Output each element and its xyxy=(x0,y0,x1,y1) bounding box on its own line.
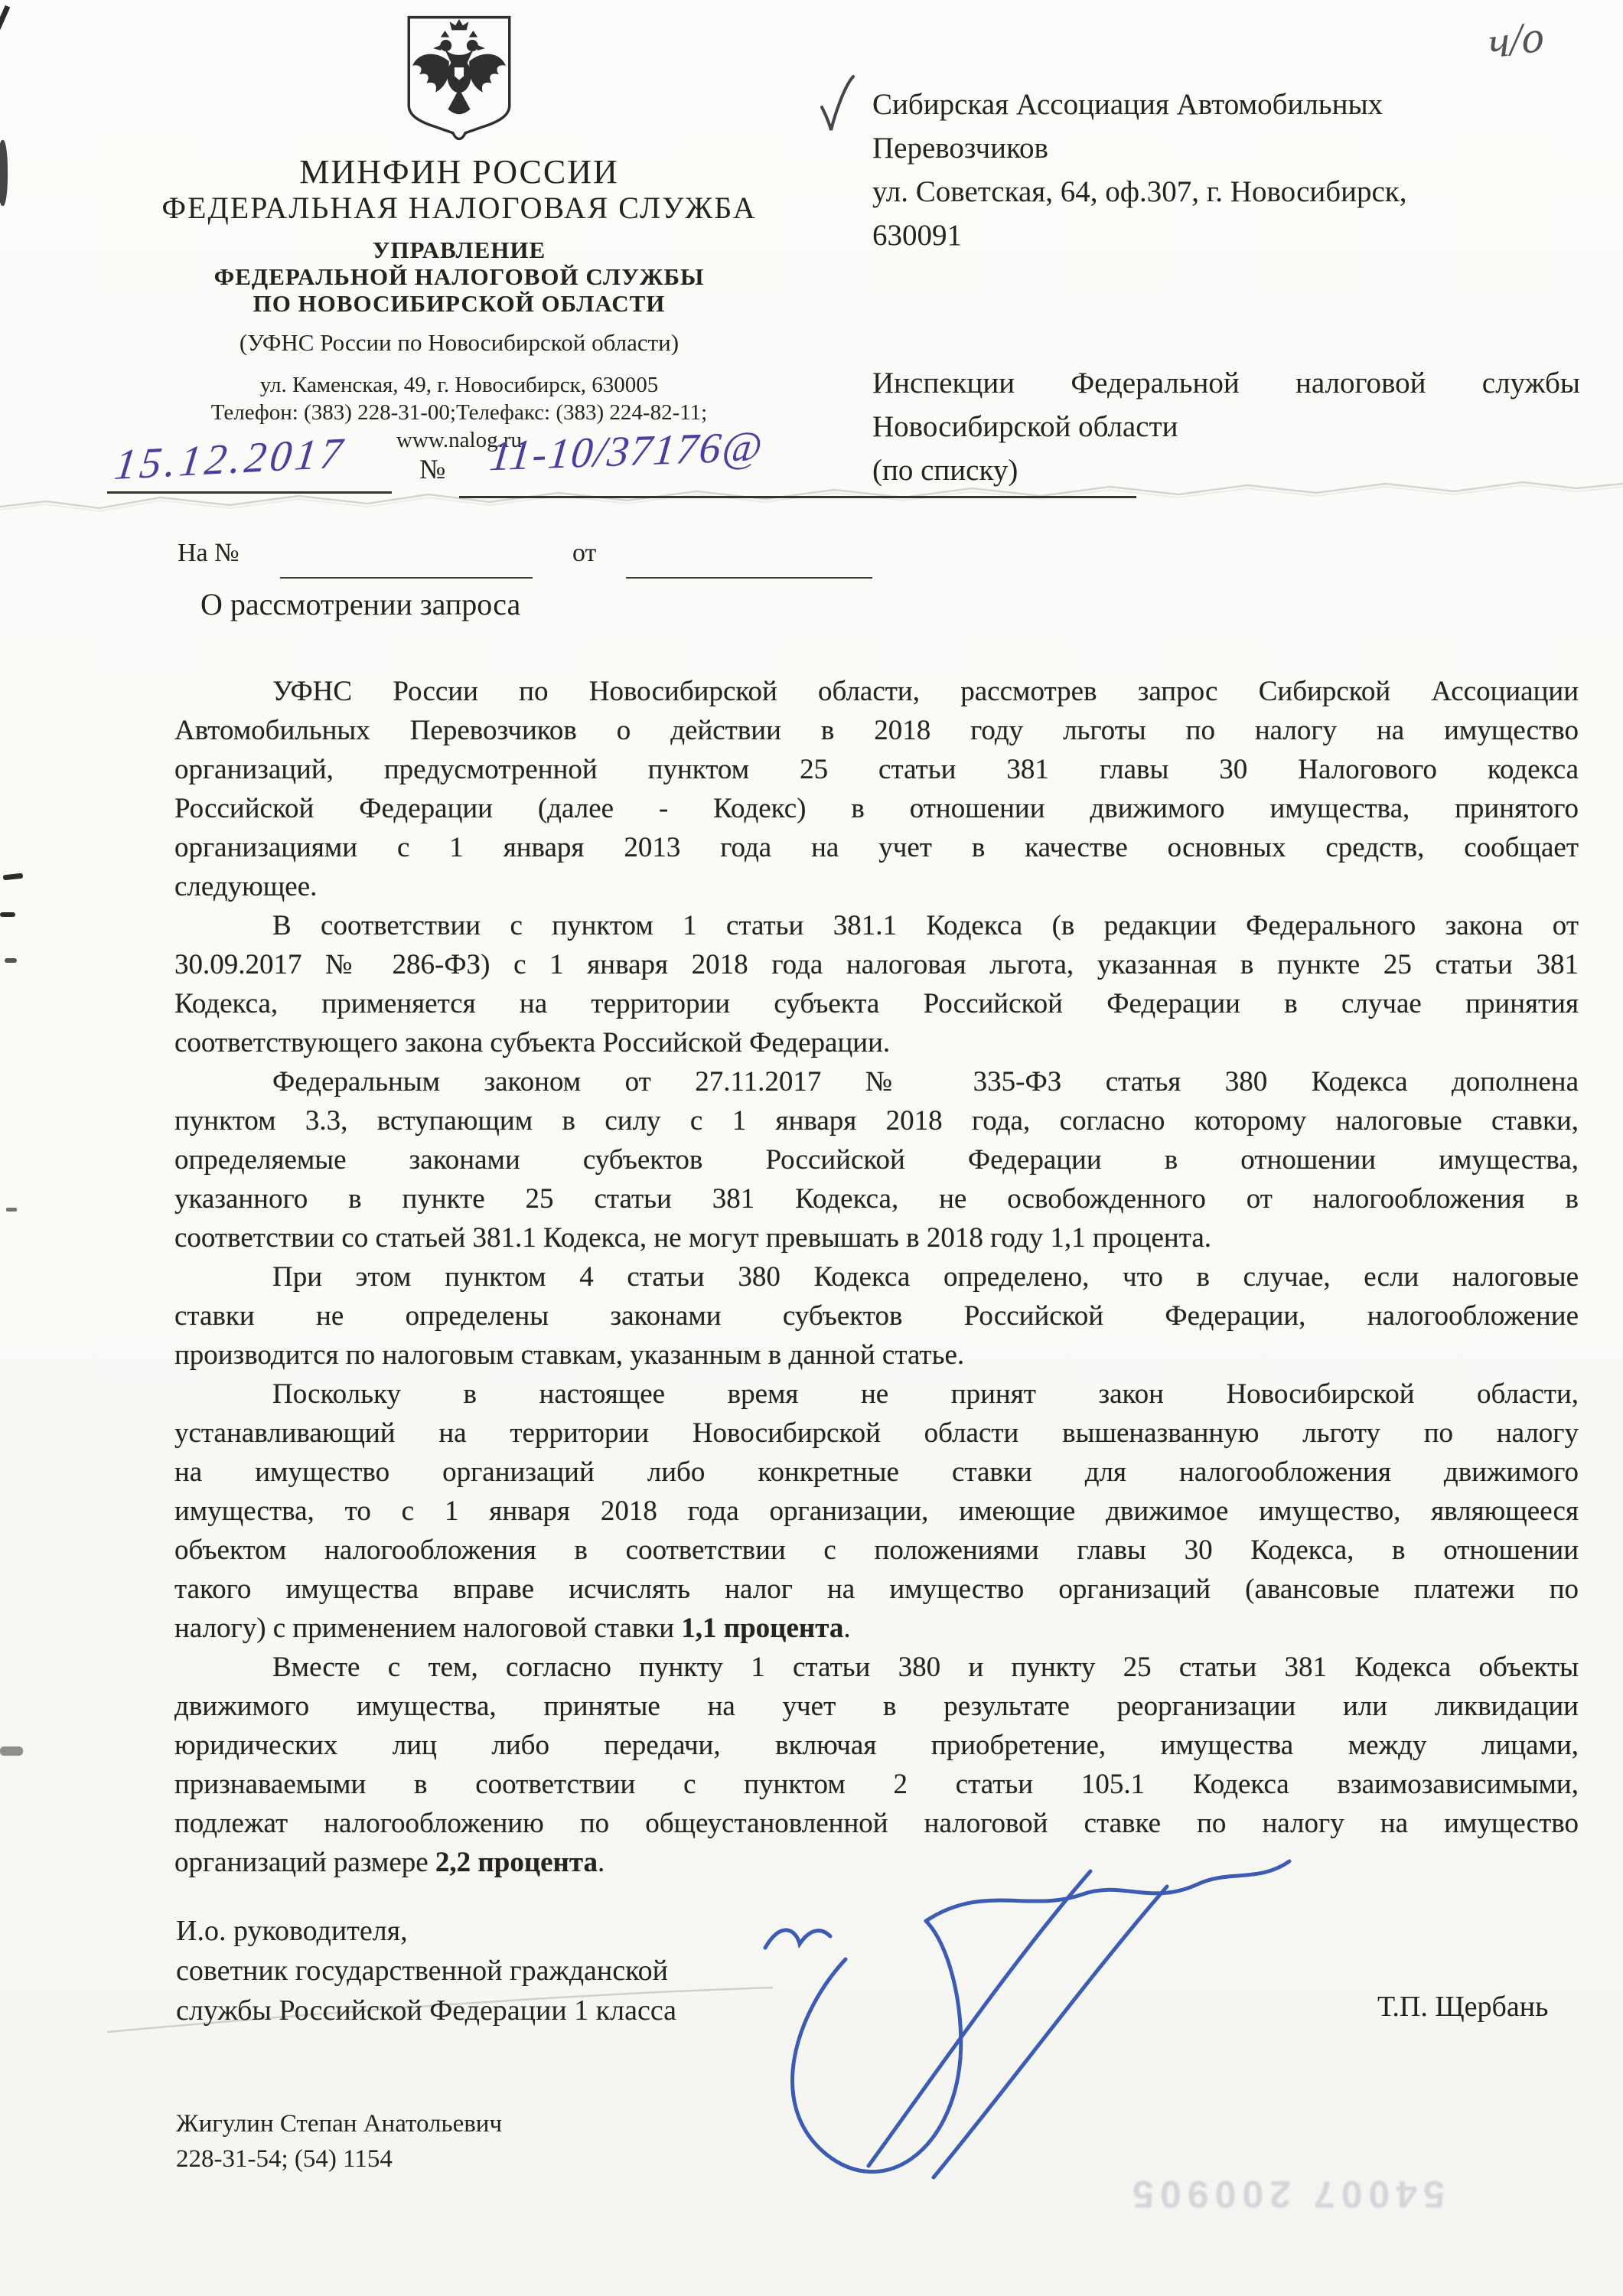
reference-number-underline xyxy=(280,577,533,579)
body-line: При этом пунктом 4 статьи 380 Кодекса оп… xyxy=(174,1257,1579,1296)
body-line: 30.09.2017 № 286-ФЗ) с 1 января 2018 год… xyxy=(174,945,1579,984)
body-line: движимого имущества, принятые на учет в … xyxy=(174,1687,1579,1726)
inspection-line: (по списку) xyxy=(872,448,1580,492)
body-line: следующее. xyxy=(174,867,1579,906)
service-name: ФЕДЕРАЛЬНАЯ НАЛОГОВАЯ СЛУЖБА xyxy=(107,191,811,226)
body-line: определяемые законами субъектов Российск… xyxy=(174,1140,1579,1179)
executor-name: Жигулин Степан Анатольевич xyxy=(176,2106,502,2141)
body-line: Кодекса, применяется на территории субъе… xyxy=(174,984,1579,1023)
body-paragraph: При этом пунктом 4 статьи 380 Кодекса оп… xyxy=(174,1257,1579,1375)
body-line: Автомобильных Перевозчиков о действии в … xyxy=(174,711,1579,750)
scan-artifact xyxy=(0,1746,23,1756)
letterhead-phones: Телефон: (383) 228-31-00;Телефакс: (383)… xyxy=(107,400,811,426)
department-line2: ФЕДЕРАЛЬНОЙ НАЛОГОВОЙ СЛУЖБЫ xyxy=(107,263,811,290)
body-line: соответствующего закона субъекта Российс… xyxy=(174,1023,1579,1062)
coat-of-arms-icon xyxy=(402,14,517,146)
date-underline xyxy=(107,491,392,494)
body-line: имущества, то с 1 января 2018 года орган… xyxy=(174,1492,1579,1531)
scanned-letter-page: ч/о МИНФИН РОССИИ ФЕДЕРАЛЬНАЯ НАЛОГОВАЯ … xyxy=(0,0,1623,2296)
subject-line: О рассмотрении запроса xyxy=(200,586,520,622)
body-line: Вместе с тем, согласно пункту 1 статьи 3… xyxy=(174,1648,1579,1687)
body-line: производится по налоговым ставкам, указа… xyxy=(174,1336,1579,1375)
signer-name: Т.П. Щербань xyxy=(1377,1990,1548,2024)
letterhead: МИНФИН РОССИИ ФЕДЕРАЛЬНАЯ НАЛОГОВАЯ СЛУЖ… xyxy=(107,14,811,453)
body-paragraph: Федеральным законом от 27.11.2017 № 335-… xyxy=(174,1062,1579,1257)
body-line: пунктом 3.3, вступающим в силу с 1 январ… xyxy=(174,1101,1579,1140)
inspection-line: Новосибирской области xyxy=(872,405,1580,448)
body-line: В соответствии с пунктом 1 статьи 381.1 … xyxy=(174,906,1579,945)
body-line: устанавливающий на территории Новосибирс… xyxy=(174,1414,1579,1453)
stamp-bleed-text: 54007 200905 xyxy=(1071,2172,1500,2216)
executor-contact: Жигулин Степан Анатольевич 228-31-54; (5… xyxy=(176,2106,502,2177)
body-line: ставки не определены законами субъектов … xyxy=(174,1296,1579,1336)
body-line: организаций, предусмотренной пунктом 25 … xyxy=(174,750,1579,789)
reference-date-underline xyxy=(626,577,872,579)
body-line: налогу) с применением налоговой ставки 1… xyxy=(174,1609,1579,1648)
body-paragraph: УФНС России по Новосибирской области, ра… xyxy=(174,672,1579,906)
body-line: Федеральным законом от 27.11.2017 № 335-… xyxy=(174,1062,1579,1101)
letterhead-address: ул. Каменская, 49, г. Новосибирск, 63000… xyxy=(107,372,811,398)
body-line: Поскольку в настоящее время не принят за… xyxy=(174,1375,1579,1414)
scan-artifact xyxy=(6,1208,17,1212)
executor-phone: 228-31-54; (54) 1154 xyxy=(176,2141,502,2177)
scan-artifact xyxy=(0,140,8,206)
body-line: объектом налогообложения в соответствии … xyxy=(174,1531,1579,1570)
handwritten-corner-note: ч/о xyxy=(1488,10,1544,69)
inspection-line: Инспекции Федеральной налоговой службы xyxy=(872,361,1580,405)
body-line: организациями с 1 января 2013 года на уч… xyxy=(174,828,1579,867)
signature-stroke xyxy=(754,1829,1305,2197)
body-paragraph: В соответствии с пунктом 1 статьи 381.1 … xyxy=(174,906,1579,1062)
signer-position: И.о. руководителя,советник государственн… xyxy=(176,1911,676,2030)
number-sign-label: № xyxy=(419,453,445,485)
reference-from-label: от xyxy=(572,539,596,568)
body-line: такого имущества вправе исчислять налог … xyxy=(174,1570,1579,1609)
body-line: УФНС России по Новосибирской области, ра… xyxy=(174,672,1579,711)
handwritten-outgoing-number: 11-10/37176@ xyxy=(487,422,766,481)
reference-number-label: На № xyxy=(178,539,240,568)
number-underline xyxy=(459,496,1136,498)
body-line: соответствии со статьей 381.1 Кодекса, н… xyxy=(174,1218,1579,1257)
department-line3: ПО НОВОСИБИРСКОЙ ОБЛАСТИ xyxy=(107,290,811,317)
addressee-organization: Сибирская Ассоциация АвтомобильныхПерево… xyxy=(872,83,1580,257)
body-line: Российской Федерации (далее - Кодекс) в … xyxy=(174,789,1579,828)
department-short-name: (УФНС России по Новосибирской области) xyxy=(107,329,811,357)
addressee-inspections: Инспекции Федеральной налоговой службы Н… xyxy=(872,361,1580,492)
scan-artifact xyxy=(0,912,15,917)
body-line: на имущество организаций либо конкретные… xyxy=(174,1453,1579,1492)
ministry-name: МИНФИН РОССИИ xyxy=(107,154,811,191)
body-line: юридических лиц либо передачи, включая п… xyxy=(174,1726,1579,1765)
checkmark-icon xyxy=(817,73,857,136)
body-line: признаваемыми в соответствии с пунктом 2… xyxy=(174,1765,1579,1804)
scan-artifact xyxy=(3,873,24,881)
scan-artifact xyxy=(0,5,10,44)
body-line: указанного в пункте 25 статьи 381 Кодекс… xyxy=(174,1179,1579,1218)
letter-body: УФНС России по Новосибирской области, ра… xyxy=(174,672,1579,1882)
scan-artifact xyxy=(5,958,17,963)
department-line1: УПРАВЛЕНИЕ xyxy=(107,236,811,263)
body-paragraph: Поскольку в настоящее время не принят за… xyxy=(174,1375,1579,1648)
